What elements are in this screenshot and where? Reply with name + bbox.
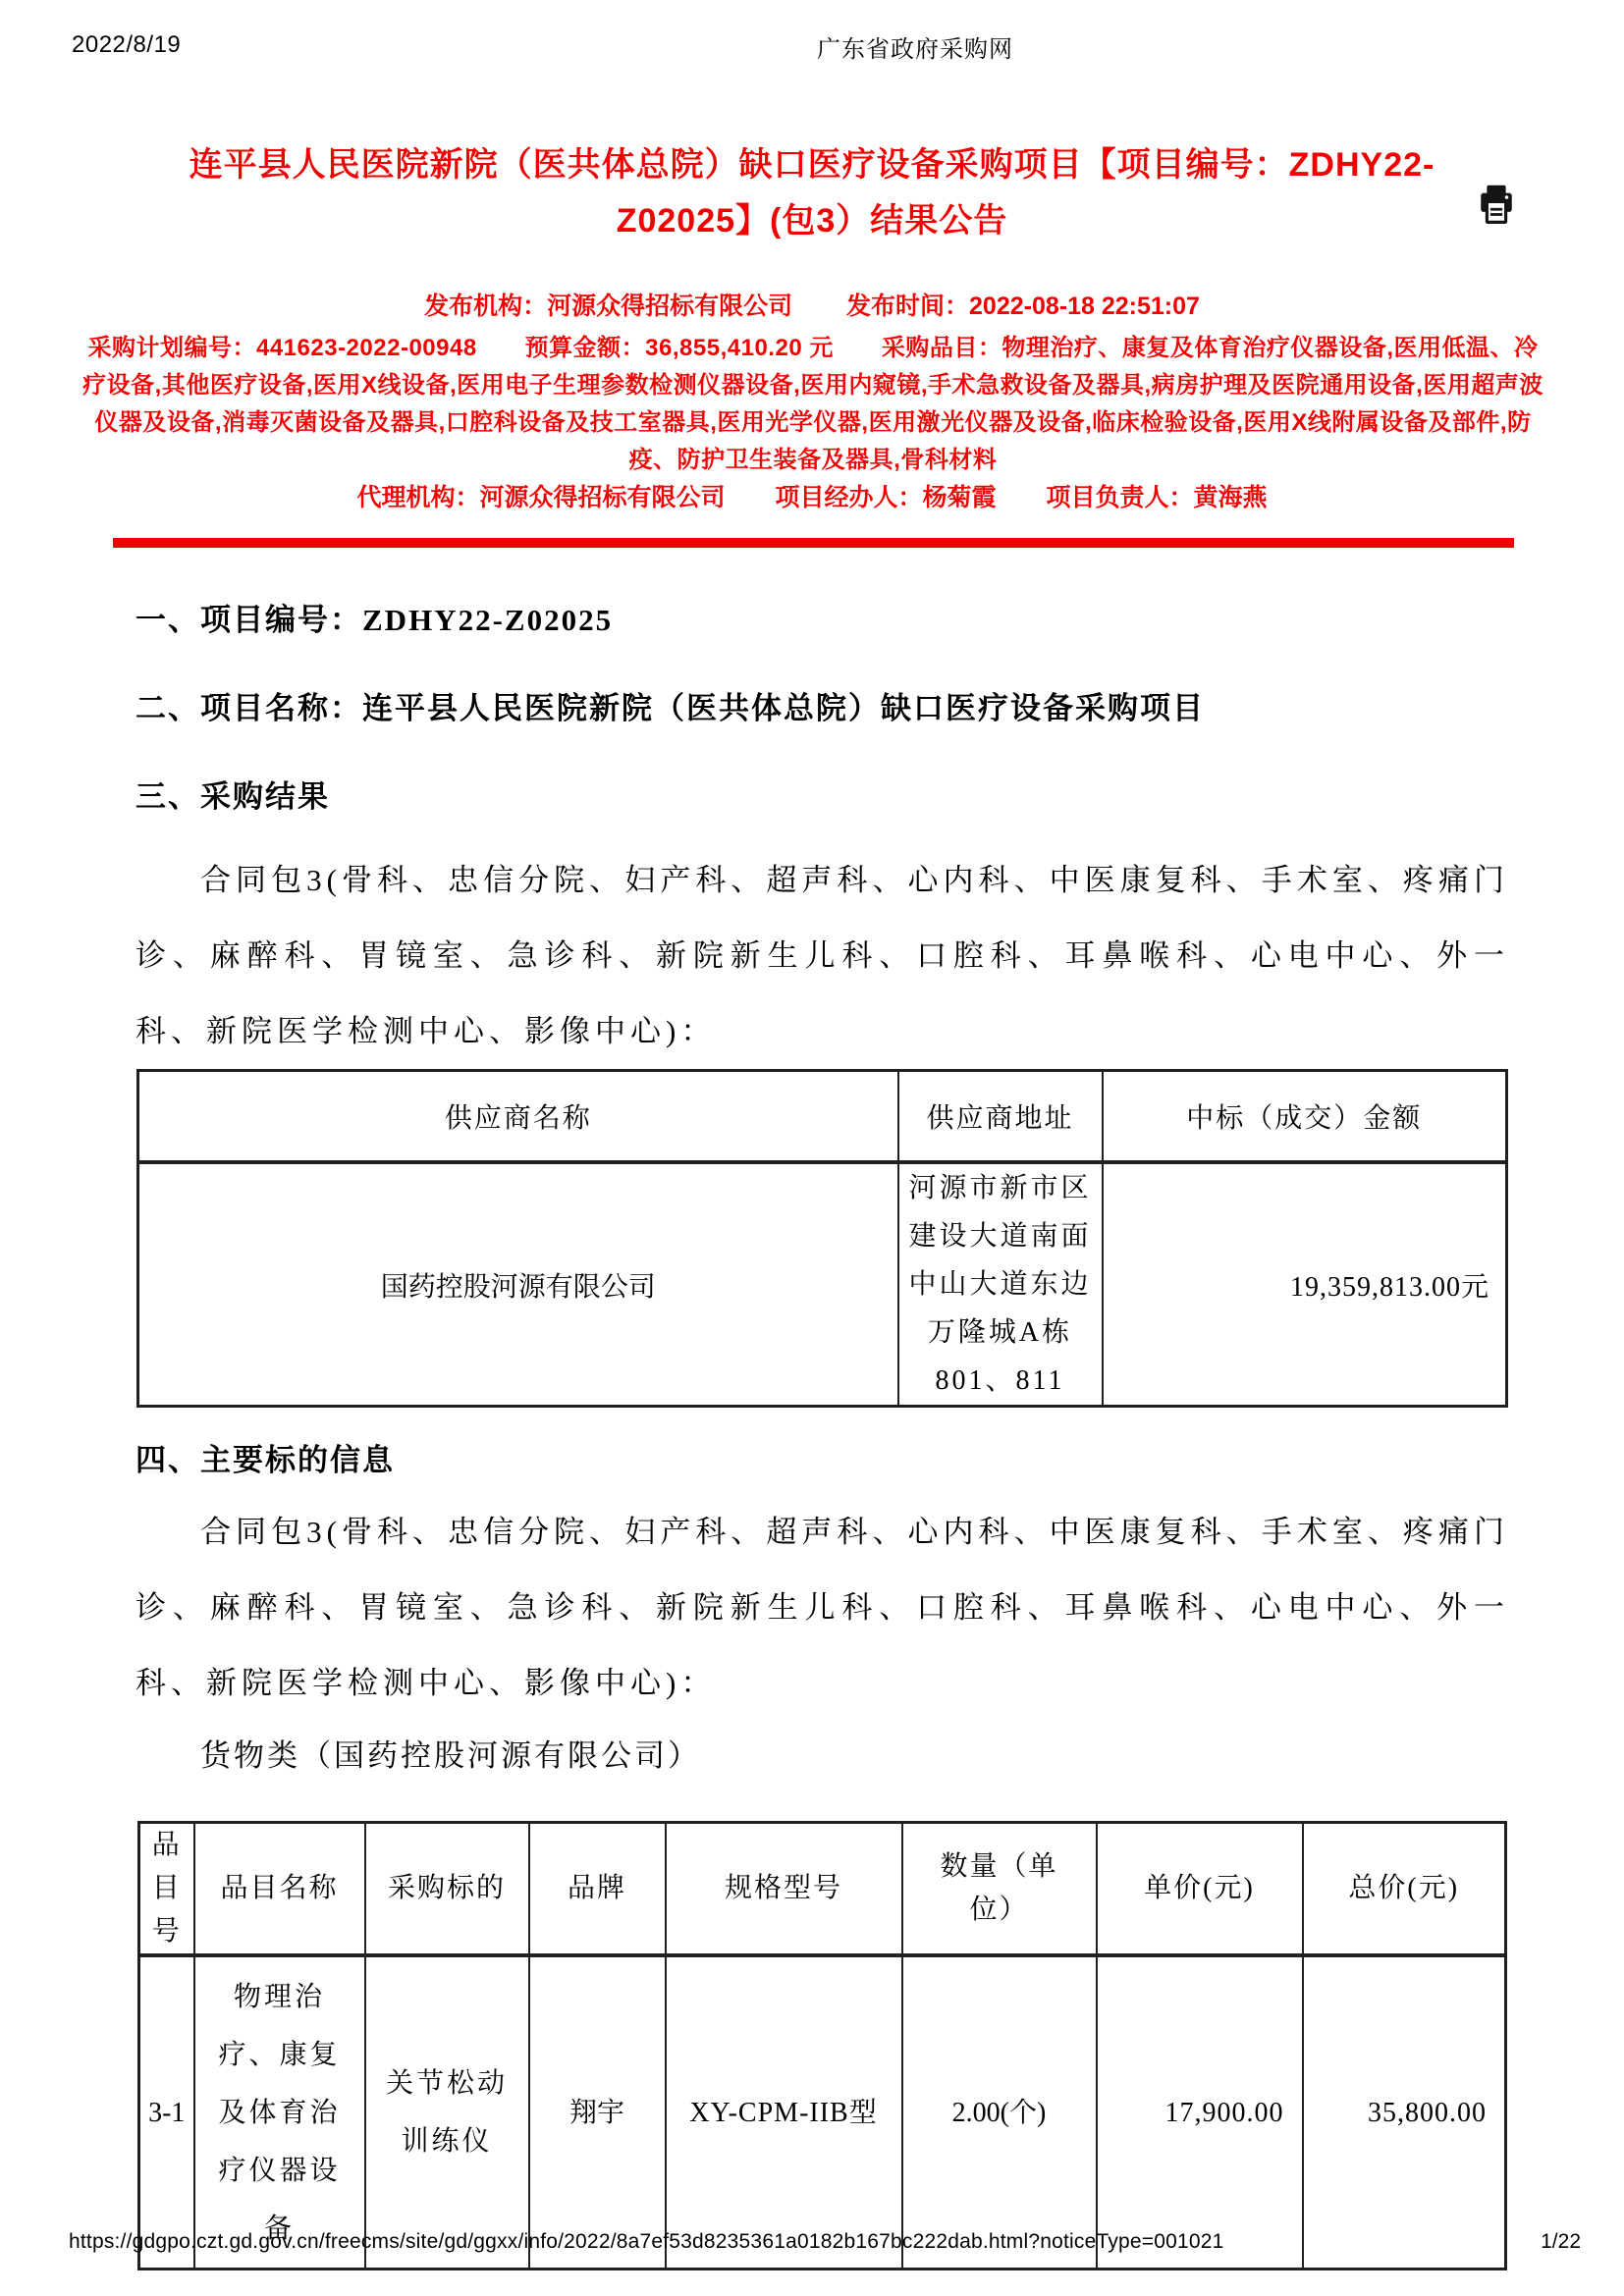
total-price-cell: 35,800.00 xyxy=(1303,1955,1506,2269)
publish-time: 发布时间：2022-08-18 22:51:07 xyxy=(846,293,1200,320)
col-supplier-name: 供应商名称 xyxy=(138,1071,898,1163)
notice-title: 连平县人民医院新院（医共体总院）缺口医疗设备采购项目【项目编号：ZDHY22- … xyxy=(93,0,1531,249)
notice-title-line2: Z02025】(包3）结果公告 xyxy=(93,193,1531,249)
section2-project-name: 二、项目名称：连平县人民医院新院（医共体总院）缺口医疗设备采购项目 xyxy=(135,687,1509,730)
quantity-cell: 2.00(个) xyxy=(902,1955,1097,2269)
model-cell: XY-CPM-IIB型 xyxy=(666,1955,902,2269)
project-leader: 项目负责人：黄海燕 xyxy=(1046,484,1267,511)
col-award-amount: 中标（成交）金额 xyxy=(1103,1071,1507,1163)
print-button[interactable] xyxy=(1476,183,1517,226)
section4-main-subject-info: 四、主要标的信息 xyxy=(135,1439,1509,1482)
col-quantity: 数量（单位） xyxy=(902,1823,1097,1956)
col-model: 规格型号 xyxy=(666,1823,902,1956)
supplier-result-table: 供应商名称 供应商地址 中标（成交）金额 国药控股河源有限公司 河源市新市区建设… xyxy=(136,1069,1508,1408)
publish-info-line: 发布机构：河源众得招标有限公司 发布时间：2022-08-18 22:51:07 xyxy=(0,289,1624,324)
supplier-name-cell: 国药控股河源有限公司 xyxy=(138,1162,898,1407)
site-name: 广东省政府采购网 xyxy=(817,29,1013,64)
table-header-row: 品目号 品目名称 采购标的 品牌 规格型号 数量（单位） 单价(元) 总价(元) xyxy=(139,1823,1506,1956)
col-subject: 采购标的 xyxy=(365,1823,529,1956)
printer-icon xyxy=(1476,183,1517,226)
table-row: 国药控股河源有限公司 河源市新市区建设大道南面中山大道东边万隆城A栋801、81… xyxy=(138,1162,1507,1407)
contract-package-paragraph-2: 合同包3(骨科、忠信分院、妇产科、超声科、心内科、中医康复科、手术室、疼痛门诊、… xyxy=(135,1494,1509,1721)
plan-budget-items-paragraph: 采购计划编号：441623-2022-00948 预算金额：36,855,410… xyxy=(82,330,1543,479)
col-category: 品目名称 xyxy=(194,1823,365,1956)
category-cell: 物理治疗、康复及体育治疗仪器设备 xyxy=(194,1955,365,2269)
supplier-address-cell: 河源市新市区建设大道南面中山大道东边万隆城A栋801、811 xyxy=(898,1162,1103,1407)
section1-project-number: 一、项目编号：ZDHY22-Z02025 xyxy=(135,599,1509,642)
print-footer-page-indicator: 1/22 xyxy=(1541,2230,1581,2254)
col-unit-price: 单价(元) xyxy=(1097,1823,1303,1956)
items-detail-table: 品目号 品目名称 采购标的 品牌 规格型号 数量（单位） 单价(元) 总价(元)… xyxy=(137,1821,1507,2270)
col-item-no: 品目号 xyxy=(139,1823,194,1956)
publisher: 发布机构：河源众得招标有限公司 xyxy=(424,293,792,320)
goods-class-line: 货物类（国药控股河源有限公司） xyxy=(200,1721,1509,1778)
col-supplier-address: 供应商地址 xyxy=(898,1071,1103,1163)
col-brand: 品牌 xyxy=(529,1823,666,1956)
contract-package-paragraph-1: 合同包3(骨科、忠信分院、妇产科、超声科、心内科、中医康复科、手术室、疼痛门诊、… xyxy=(135,842,1509,1069)
agent-org: 代理机构：河源众得招标有限公司 xyxy=(357,484,726,511)
unit-price-cell: 17,900.00 xyxy=(1097,1955,1303,2269)
print-date: 2022/8/19 xyxy=(72,31,181,59)
brand-cell: 翔宇 xyxy=(529,1955,666,2269)
subject-cell: 关节松动训练仪 xyxy=(365,1955,529,2269)
red-divider xyxy=(113,538,1514,548)
print-footer-url: https://gdgpo.czt.gd.gov.cn/freecms/site… xyxy=(69,2230,1224,2254)
notice-title-line1: 连平县人民医院新院（医共体总院）缺口医疗设备采购项目【项目编号：ZDHY22- xyxy=(93,137,1531,193)
agent-info-line: 代理机构：河源众得招标有限公司 项目经办人：杨菊霞 项目负责人：黄海燕 xyxy=(0,479,1624,516)
document-page: 2022/8/19 广东省政府采购网 连平县人民医院新院（医共体总院）缺口医疗设… xyxy=(0,0,1624,2296)
item-no-cell: 3-1 xyxy=(139,1955,194,2269)
section3-procurement-result: 三、采购结果 xyxy=(135,775,1509,819)
award-amount-cell: 19,359,813.00元 xyxy=(1103,1162,1507,1407)
col-total-price: 总价(元) xyxy=(1303,1823,1506,1956)
table-header-row: 供应商名称 供应商地址 中标（成交）金额 xyxy=(138,1071,1507,1163)
project-handler: 项目经办人：杨菊霞 xyxy=(775,484,996,511)
table-row: 3-1 物理治疗、康复及体育治疗仪器设备 关节松动训练仪 翔宇 XY-CPM-I… xyxy=(139,1955,1506,2269)
